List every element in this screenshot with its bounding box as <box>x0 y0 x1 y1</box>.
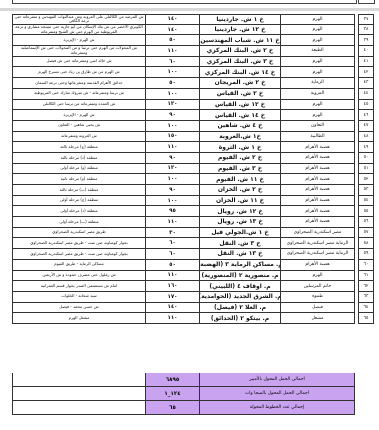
route-description: منطقة (د) مرحلة أولى <box>12 206 146 217</box>
route-description: الكوبري الأخضر من ش بنك الإسكان من أبو ج… <box>12 25 146 36</box>
row-number: ٦١ <box>358 271 374 282</box>
route-description: ش المحولات من الهرم حتى ترسا و من المحول… <box>12 46 146 57</box>
row-number: ٤٥ <box>358 100 374 111</box>
table-row: منطقة (و) مرحلة ثانية١٠٠خ ١١ ش. الفيومهض… <box>12 174 374 185</box>
route-description: منطقة (ج) مرحلة أولى <box>12 196 146 207</box>
area-name: الرماية مصر اسكندرية الصحراوي <box>280 238 355 249</box>
line-name: خ ١ ش. الثروة <box>199 142 281 153</box>
area-name: الهرم <box>280 110 355 121</box>
table-row: مساكن الرماية - طريق الفيوم٥٠م. مساكن ال… <box>12 260 374 271</box>
row-number: ٥٥ <box>358 206 374 217</box>
line-name: خ ١١ ش. الخزان <box>199 196 281 207</box>
load-value: ١١٠ <box>145 46 200 57</box>
row-number: ٣٧ <box>358 14 374 25</box>
area-name: الهرم <box>280 14 355 25</box>
area-name: الهرم <box>280 25 355 36</box>
route-description: بجوار كومباوند صن ست - طريق مصر اسكندرية… <box>12 238 146 249</box>
summary-label: اجمالى الحمل المحول بالميجا وات <box>199 387 355 401</box>
load-value: ٩٠ <box>145 185 200 196</box>
route-description: ش زغلول حتى مصرف حمودة و ش الأربعين <box>12 271 146 282</box>
load-value: ١٤٠ <box>145 303 200 314</box>
table-row: منطقة (ج) مرحلة أولى١٠٠خ ١١ ش. الخزانهضب… <box>12 196 374 207</box>
route-description: ش العمدة ومتفرعاته من ترسا حتى الكالتلي <box>12 100 146 111</box>
area-name: الطبعة <box>280 46 355 57</box>
route-description: مساكن الرماية - طريق الفيوم <box>12 260 146 271</box>
area-name: هضبة الأهرام <box>280 196 355 207</box>
load-value: ٩٠ <box>145 153 200 164</box>
route-description: سيد شحاته - الخلوات <box>12 292 146 303</box>
summary-value: ٦٥ <box>145 401 200 415</box>
route-description: منطقة (و) مرحلة ثانية <box>12 174 146 185</box>
row-number: ٦٥ <box>358 313 374 324</box>
line-name: م. اوقاف ٤ (اللبيني) <box>199 281 281 292</box>
area-name: الهرم <box>280 100 355 111</box>
route-description: حدائق الأهرام القديمة ومتفرعاتها وحتى تر… <box>12 78 146 89</box>
row-number: ٤٣ <box>358 78 374 89</box>
load-value: ١٤٠ <box>145 14 200 25</box>
area-name: الهرم <box>280 57 355 68</box>
line-name: خ ١٢ ش. القياس <box>199 100 281 111</box>
load-value: ١١٠ <box>145 217 200 228</box>
load-value: ١١٠ <box>145 313 200 324</box>
area-name: مشعل <box>280 313 355 324</box>
table-row: ش حسن محمد - فيصل١٤٠م. العلا ٢ (فيصل)فيص… <box>12 303 374 314</box>
load-value: ١١٠ <box>145 142 200 153</box>
route-description: منطقة (ب) مرحلة ثالثة <box>12 185 146 196</box>
row-number: ٦٣ <box>358 292 374 303</box>
load-value: ١١٠ <box>145 271 200 282</box>
line-name: م. مساكن الرماية ٣ (الهضبة) <box>199 260 281 271</box>
routes-table: ش المرصد من الكالتلي على العروبة وش عبدا… <box>12 14 374 324</box>
table-row: طريق مصر اسكندرية الصحراوي٣٠خ ١ ش.الجولي… <box>12 228 374 239</box>
route-description: منطقة (ج) مرحلة ثالثة <box>12 142 146 153</box>
table-row: منطقة (د) مرحلة ثالثة٩٠خ ٢ ش. الفيومهضبة… <box>12 153 374 164</box>
area-name: طموه <box>280 292 355 303</box>
row-number: ٤١ <box>358 57 374 68</box>
area-name: الرماية <box>280 78 355 89</box>
row-number: ٥٦ <box>358 217 374 228</box>
line-name: خ ١٣ ش. النقل <box>199 249 281 260</box>
line-name: خ ٢ ش. البنك المركزي <box>199 46 281 57</box>
table-row: ش زغلول حتى مصرف حمودة و ش الأربعين١١٠م.… <box>12 271 374 282</box>
table-row: ش العمدة ومتفرعاته من ترسا حتى الكالتلي١… <box>12 100 374 111</box>
route-description: ش الهرم - الإيزيزة <box>12 35 146 46</box>
load-value: ١٦٠ <box>145 281 200 292</box>
table-row: ش المحولات من الهرم حتى ترسا و من المحول… <box>12 46 374 57</box>
row-number: ٥٤ <box>358 196 374 207</box>
table-row: منطقة (ب) مرحلة ثالثة٩٠خ ٢ ش. الخزانهضبة… <box>12 185 374 196</box>
summary-label: اجمالى الحمل المحول بالأمبير <box>199 373 355 387</box>
load-value: ٦٠ <box>145 57 200 68</box>
table-row: ش الهرم - الإيزيزة٥٠خ ١١ ش. شباب المهندس… <box>12 35 374 46</box>
area-name: خاتم المرسلين <box>280 281 355 292</box>
route-description: ش العروبة ومتفرعاته <box>12 132 146 143</box>
line-name: خ ١ ش.الجولي فيل <box>199 228 281 239</box>
route-description: طريق مصر اسكندرية الصحراوي <box>12 228 146 239</box>
load-value: ١٠٠ <box>145 121 200 132</box>
table-row: بجوار كومباوند صن ست - طريق مصر اسكندرية… <box>12 238 374 249</box>
route-description: ش الهرم من ش طارق بن زياد حتى مسرح الهرم <box>12 67 146 78</box>
load-value: ١٢٠ <box>145 164 200 175</box>
previous-table-main <box>12 0 357 4</box>
load-value: ١٠٠ <box>145 89 200 100</box>
area-name: مصر اسكندرية الصحراوي <box>280 228 355 239</box>
table-row: منطقة (و) مرحلة أولى١٢٠خ ٣ ش. الفيومهضبة… <box>12 164 374 175</box>
line-name: خ ٣ ش. البنك المركزي <box>199 57 281 68</box>
route-description: مشعل الهرم <box>12 313 146 324</box>
line-name: خ ٤ ش. شاهين <box>199 121 281 132</box>
area-name: الطالبية <box>280 132 355 143</box>
row-number: ٥٨ <box>358 238 374 249</box>
route-description: ش يحيى شاهين - التعاون <box>12 121 146 132</box>
line-name: م. الشرق الجديد (الحوامدية) <box>199 292 281 303</box>
row-number: ٦٠ <box>358 260 374 271</box>
line-name: خ ٢ ش. الفيوم <box>199 153 281 164</box>
line-name: خ١ ش.العروبة <box>199 132 281 143</box>
table-row: الكوبري الأخضر من ش بنك الإسكان من أبو ج… <box>12 25 374 36</box>
load-value: ٥٠ <box>145 260 200 271</box>
line-name: خ ١٣ ش. رويال <box>199 217 281 228</box>
table-row: ش يحيى شاهين - التعاون١٠٠خ ٤ ش. شاهينالت… <box>12 121 374 132</box>
row-number: ٤٢ <box>358 67 374 78</box>
load-value: ١٠٠ <box>145 174 200 185</box>
line-name: خ ١٤ ش. القياس <box>199 110 281 121</box>
summary-value: ٦٨٩٥ <box>145 373 200 387</box>
area-name: هضبة الأهرام <box>280 153 355 164</box>
load-value: ١٤٠ <box>145 25 200 36</box>
table-row: ش المرصد من الكالتلي على العروبة وش عبدا… <box>12 14 374 25</box>
row-number: ٣٨ <box>358 25 374 36</box>
row-number: ٥٣ <box>358 185 374 196</box>
page-separator <box>0 8 379 11</box>
load-value: ٣٠ <box>145 228 200 239</box>
table-row: ش العروبة ومتفرعاته١٥٠خ١ ش.العروبةالطالب… <box>12 132 374 143</box>
previous-table-edge <box>12 0 374 4</box>
area-name: هضبة الأهرام <box>280 260 355 271</box>
route-description: منطقة (د) مرحلة ثالثة <box>12 153 146 164</box>
line-name: خ ١١ ش. الفيوم <box>199 174 281 185</box>
line-name: خ ١٢ ش. جاردينيا <box>199 25 281 36</box>
load-value: ٥٠ <box>145 78 200 89</box>
summary-row: ١٢٤_١اجمالى الحمل المحول بالميجا وات <box>12 387 374 401</box>
load-value: ٦٠ <box>145 238 200 249</box>
row-number: ٤٩ <box>358 142 374 153</box>
row-number: ٤٠ <box>358 46 374 57</box>
area-name: هضبة الأهرام <box>280 174 355 185</box>
table-row: ش خالد امين ومتفرعاته حتى ش فيصل٦٠خ ٣ ش.… <box>12 57 374 68</box>
load-value: ١٠٠ <box>145 196 200 207</box>
line-name: خ ١٢ ش. رويال <box>199 206 281 217</box>
area-name: فيصل <box>280 303 355 314</box>
row-number: ٥٢ <box>358 174 374 185</box>
route-description: بجوار كومباوند صن ست - طريق مصر اسكندرية… <box>12 249 146 260</box>
area-name: هضبة الأهرام <box>280 142 355 153</box>
row-number: ٥٧ <box>358 228 374 239</box>
row-number: ٥١ <box>358 164 374 175</box>
table-row: بجوار كومباوند صن ست - طريق مصر اسكندرية… <box>12 249 374 260</box>
load-value: ١٠٠ <box>145 67 200 78</box>
row-number: ٦٤ <box>358 303 374 314</box>
summary-value: ١٢٤_١ <box>145 387 200 401</box>
row-number: ٥٠ <box>358 153 374 164</box>
load-value: ١٢٠ <box>145 100 200 111</box>
load-value: ٥٠ <box>145 35 200 46</box>
area-name: هضبة الأهرام <box>280 206 355 217</box>
line-name: خ ٢ ش. القياس <box>199 89 281 100</box>
summary-blank-cell <box>12 401 146 415</box>
row-number: ٤٨ <box>358 132 374 143</box>
table-row: سيد شحاته - الخلوات١٧٠م. الشرق الجديد (ا… <box>12 292 374 303</box>
line-name: م. العلا ٢ (فيصل) <box>199 303 281 314</box>
route-description: ش ترسا ومتفرعاته - ش مبروك مبارك حتى الم… <box>12 89 146 100</box>
table-row: ش الهرم من ش طارق بن زياد حتى مسرح الهرم… <box>12 67 374 78</box>
line-name: م. منصورية ٢ (المنصورية) <box>199 271 281 282</box>
area-name: هضبة الأهرام <box>280 217 355 228</box>
row-number: ٤٤ <box>358 89 374 100</box>
load-value: ٩٠ <box>145 110 200 121</box>
load-value: ٩٥ <box>145 206 200 217</box>
area-name: الهرم <box>280 67 355 78</box>
load-value: ١٧٠ <box>145 292 200 303</box>
table-row: ش ترسا ومتفرعاته - ش مبروك مبارك حتى الم… <box>12 89 374 100</box>
row-number: ٤٧ <box>358 121 374 132</box>
line-name: خ ٢ ش. المريجان <box>199 78 281 89</box>
summary-blank-cell <box>12 387 146 401</box>
table-row: مشعل الهرم١١٠م. بيتكو ٢ (الحدائق)مشعل٦٥ <box>12 313 374 324</box>
route-description: ش حسن محمد - فيصل <box>12 303 146 314</box>
route-description: امام ش مستشفى الصدر بجوار قسم العمرانية <box>12 281 146 292</box>
summary-table: ٦٨٩٥اجمالى الحمل المحول بالأمبير١٢٤_١اجم… <box>12 373 374 415</box>
area-name: الهرم <box>280 271 355 282</box>
route-description: منطقة (و) مرحلة أولى <box>12 164 146 175</box>
line-name: خ ٣ ش. النقل <box>199 238 281 249</box>
line-name: خ ١٤ ش. البنك المركزي <box>199 67 281 78</box>
area-name: التعاون <box>280 121 355 132</box>
line-name: م. بيتكو ٢ (الحدائق) <box>199 313 281 324</box>
route-description: ش المرصد من الكالتلي على العروبة وش عبدا… <box>12 14 146 25</box>
route-description: منطقة (ب) مرحلة أولى <box>12 217 146 228</box>
route-description: ش الهرم - الإيزيزة <box>12 110 146 121</box>
row-number: ٤٦ <box>358 110 374 121</box>
summary-row: ٦٥إجمالي عدد الخطوط المحولة <box>12 401 374 415</box>
table-row: ش الهرم - الإيزيزة٩٠خ ١٤ ش. القياسالهرم٤… <box>12 110 374 121</box>
line-name: خ ١١ ش. شباب المهندسين <box>199 35 281 46</box>
area-name: الرماية مصر اسكندرية الصحراوي <box>280 249 355 260</box>
row-number: ٥٩ <box>358 249 374 260</box>
table-row: امام ش مستشفى الصدر بجوار قسم العمرانية١… <box>12 281 374 292</box>
row-number: ٦٢ <box>358 281 374 292</box>
line-name: خ ٣ ش. الفيوم <box>199 164 281 175</box>
line-name: خ ١ ش. جاردينيا <box>199 14 281 25</box>
table-row: منطقة (ب) مرحلة أولى١١٠خ ١٣ ش. رويالهضبة… <box>12 217 374 228</box>
area-name: المروية <box>280 89 355 100</box>
area-name: هضبة الأهرام <box>280 185 355 196</box>
area-name: هضبة الأهرام <box>280 164 355 175</box>
area-name: الهرم <box>280 35 355 46</box>
table-row: منطقة (ج) مرحلة ثالثة١١٠خ ١ ش. الثروةهضب… <box>12 142 374 153</box>
route-description: ش خالد امين ومتفرعاته حتى ش فيصل <box>12 57 146 68</box>
previous-table-number-box <box>358 0 375 4</box>
load-value: ٦٠ <box>145 249 200 260</box>
line-name: خ ٢ ش. الخزان <box>199 185 281 196</box>
table-row: منطقة (د) مرحلة أولى٩٥خ ١٢ ش. رويالهضبة … <box>12 206 374 217</box>
load-value: ١٥٠ <box>145 132 200 143</box>
row-number: ٣٩ <box>358 35 374 46</box>
summary-label: إجمالي عدد الخطوط المحولة <box>199 401 355 415</box>
summary-row: ٦٨٩٥اجمالى الحمل المحول بالأمبير <box>12 373 374 387</box>
table-row: حدائق الأهرام القديمة ومتفرعاتها وحتى تر… <box>12 78 374 89</box>
summary-blank-cell <box>12 373 146 387</box>
